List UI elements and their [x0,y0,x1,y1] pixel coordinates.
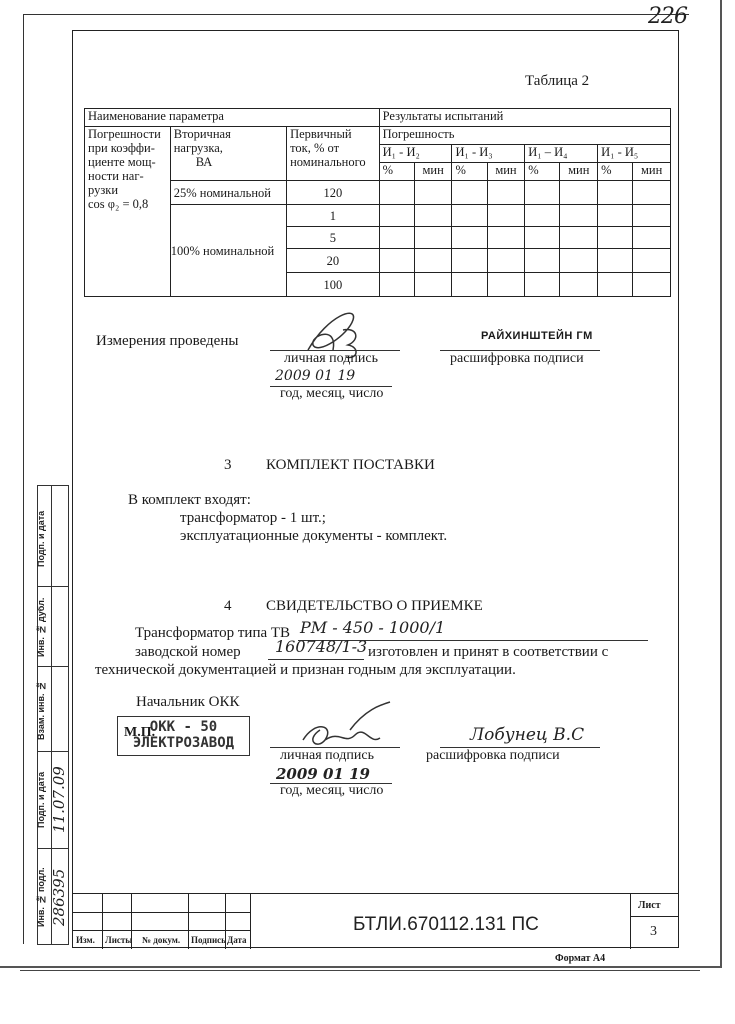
signature-caption: личная подпись [280,748,374,764]
unit-header: % [452,163,487,181]
date-caption: год, месяц, число [280,386,383,402]
tb-col-label: Изм. [76,935,95,945]
error-line: cos φ₂ = 0,8 [88,197,167,211]
load-cell: 100% номинальной [170,205,286,297]
handwritten-date: 2009 01 19 [275,368,355,384]
value-cell [452,273,487,297]
document-code: БТЛИ.670112.131 ПС [353,914,539,936]
strip-separator [38,848,68,849]
strip-separator [38,586,68,587]
value-cell [379,227,414,249]
unit-header: мин [633,163,671,181]
header-line: ток, % от [290,141,376,155]
unit-header: мин [487,163,525,181]
header-line: Вторичная [174,127,283,141]
value-cell [487,181,525,205]
stamp-mp: М.П. [124,725,155,741]
value-cell [414,227,452,249]
list-item: трансформатор - 1 шт.; [180,510,326,527]
value-cell [452,205,487,227]
value-cell [487,273,525,297]
strip-label: Подп. и дата [36,496,50,581]
strip-handwritten-value: 11.07.09 [50,754,70,846]
strip-label: Подп. и дата [36,756,50,844]
sheet-label: Лист [638,900,661,911]
acceptance-text: изготовлен и принят в соответствии с [368,644,608,661]
header-line: нагрузка, [174,141,283,155]
type-label: Трансформатор типа ТВ [135,625,290,642]
unit-header: % [525,163,560,181]
format-label: Формат А4 [555,953,605,964]
value-cell [598,249,633,273]
error-line: рузки [88,183,167,197]
group-header: И₁ - И₂ [379,145,452,163]
error-line: циенте мощ- [88,155,167,169]
tb-col-label: Листы [105,935,132,945]
value-cell [525,249,560,273]
group-header: И₁ - И₅ [598,145,671,163]
handwritten-name: Лобунец В.С [470,725,584,745]
section-number: 4 [224,598,232,615]
name-caption: расшифровка подписи [426,748,560,764]
table-row: 100% номинальной 1 [85,205,671,227]
value-cell [414,249,452,273]
primary-current-header: Первичный ток, % от номинального [287,127,380,181]
group-header: И₁ – И₄ [525,145,598,163]
current-cell: 1 [287,205,380,227]
value-cell [414,273,452,297]
value-cell [379,273,414,297]
value-cell [633,249,671,273]
strip-label: Инв. № подл. [36,852,50,942]
test-results-table: Наименование параметра Результаты испыта… [84,108,671,297]
section-title: СВИДЕТЕЛЬСТВО О ПРИЕМКЕ [266,598,483,615]
section-intro: В комплект входят: [128,492,251,509]
chief-label: Начальник ОКК [136,694,239,711]
value-cell [379,205,414,227]
value-cell [525,205,560,227]
tb-col-label: Подпись [191,935,226,945]
date-caption: год, месяц, число [280,783,383,799]
value-cell [633,205,671,227]
signature-caption: личная подпись [284,351,378,367]
tb-col-label: № докум. [142,935,180,945]
value-cell [525,181,560,205]
current-cell: 120 [287,181,380,205]
sheet-number: 3 [650,924,657,940]
unit-header: % [598,163,633,181]
value-cell [487,249,525,273]
page-bottom-rule [20,970,700,971]
value-cell [452,181,487,205]
value-cell [598,181,633,205]
value-cell [598,227,633,249]
tb-row-line [72,912,251,913]
value-cell [487,205,525,227]
value-cell [633,227,671,249]
measurements-label: Измерения проведены [96,333,238,350]
handwritten-sheet-mark: 226 [648,4,687,29]
strip-label: Взам. инв. № [36,671,50,749]
value-cell [560,273,598,297]
serial-value: 160748/1-3 [275,637,367,656]
value-cell [560,227,598,249]
strip-label: Инв. № дубл. [36,591,50,663]
header-line: номинального [290,155,376,169]
table-row: 25% номинальной 120 [85,181,671,205]
tb-col-label: Дата [227,935,247,945]
value-cell [379,249,414,273]
unit-header: % [379,163,414,181]
accuracy-header: Погрешность [379,127,670,145]
value-cell [633,273,671,297]
printed-name: РАЙХИНШТЕЙН ГМ [481,330,593,342]
serial-label: заводской номер [135,644,241,661]
value-cell [452,249,487,273]
header-line: ВА [174,155,283,169]
value-cell [452,227,487,249]
value-cell [525,273,560,297]
value-cell [414,181,452,205]
value-cell [560,181,598,205]
value-cell [560,249,598,273]
header-row-2: Погрешности при коэффи- циенте мощ- ност… [85,127,671,145]
load-cell: 25% номинальной [170,181,286,205]
section-title: КОМПЛЕКТ ПОСТАВКИ [266,457,435,474]
strip-handwritten-value: 286395 [50,852,70,942]
list-item: эксплуатационные документы - комплект. [180,528,447,545]
strip-separator [38,666,68,667]
unit-header: мин [414,163,452,181]
signature-icon [295,700,395,750]
results-header: Результаты испытаний [379,109,670,127]
tb-row-line [631,916,679,917]
unit-header: мин [560,163,598,181]
strip-separator [38,751,68,752]
acceptance-text: технической документацией и признан годн… [95,662,516,679]
section-number: 3 [224,457,232,474]
current-cell: 5 [287,227,380,249]
current-cell: 20 [287,249,380,273]
type-value: РМ - 450 - 1000/1 [300,618,445,637]
value-cell [598,273,633,297]
error-line: при коэффи- [88,141,167,155]
value-cell [487,227,525,249]
handwritten-date: 2009 01 19 [276,765,370,783]
serial-line [268,659,364,660]
param-name-header: Наименование параметра [85,109,380,127]
error-line: ности наг- [88,169,167,183]
value-cell [379,181,414,205]
value-cell [525,227,560,249]
current-cell: 100 [287,273,380,297]
value-cell [560,205,598,227]
name-caption: расшифровка подписи [450,351,584,367]
header-line: Первичный [290,127,376,141]
group-header: И₁ - И₃ [452,145,525,163]
header-row-1: Наименование параметра Результаты испыта… [85,109,671,127]
tb-row-line [72,930,251,931]
value-cell [633,181,671,205]
value-cell [598,205,633,227]
secondary-load-header: Вторичная нагрузка, ВА [170,127,286,181]
margin-strip: Подп. и дата Инв. № дубл. Взам. инв. № П… [37,485,69,945]
value-cell [414,205,452,227]
table-caption: Таблица 2 [525,73,589,90]
error-line: Погрешности [88,127,167,141]
error-condition-cell: Погрешности при коэффи- циенте мощ- ност… [85,127,171,297]
